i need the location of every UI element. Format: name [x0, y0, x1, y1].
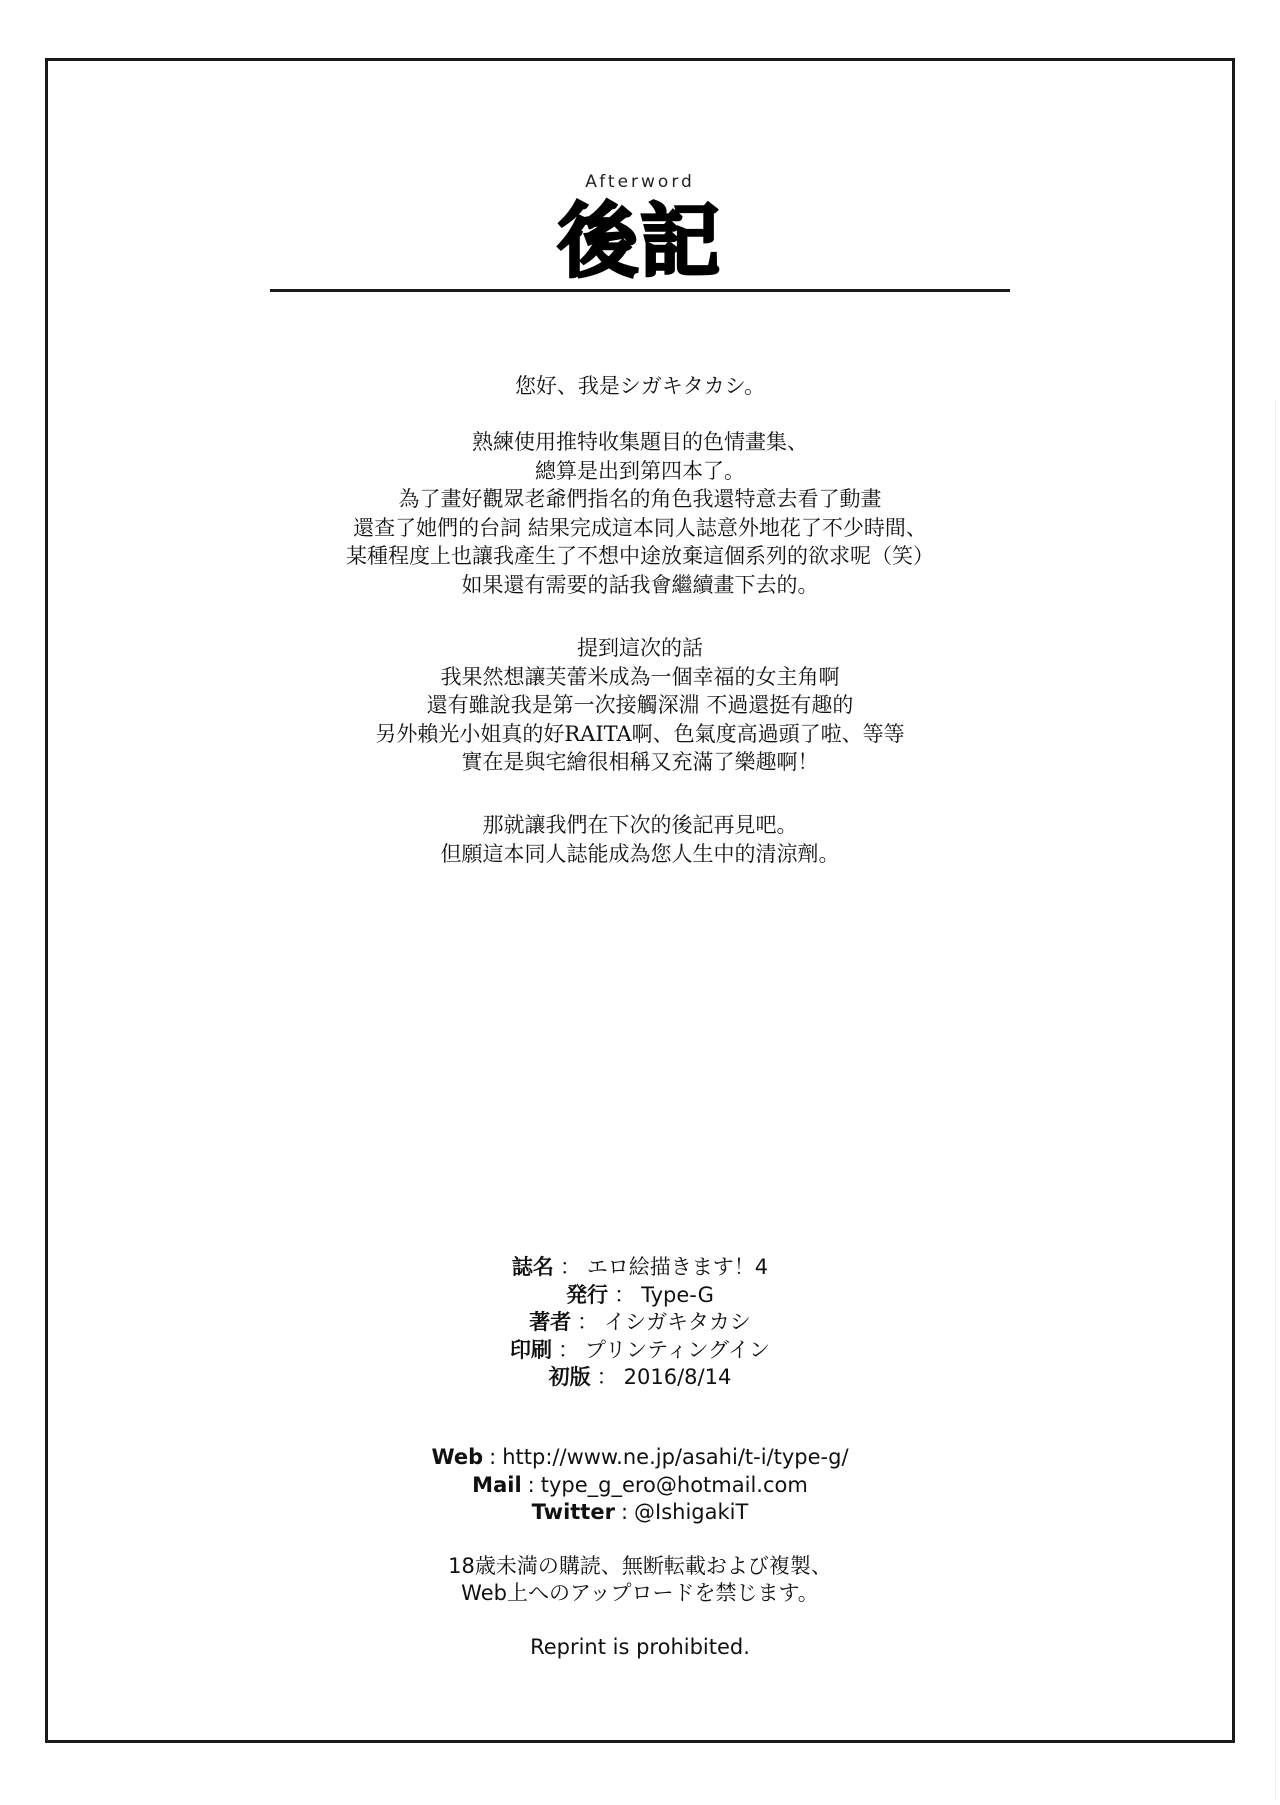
greeting-line: 您好、我是シガキタカシ。 [0, 372, 1280, 401]
twitter-handle: @IshigakiT [634, 1500, 748, 1524]
paragraph-line: 還有雖說我是第一次接觸深淵 不過還挺有趣的 [0, 691, 1280, 720]
afterword-paragraph-3: 那就讓我們在下次的後記再見吧。 但願這本同人誌能成為您人生中的清涼劑。 [0, 811, 1280, 868]
web-url-link: http://www.ne.jp/asahi/t-i/type-g/ [502, 1445, 848, 1469]
colophon-row-printer: 印刷：プリンティングイン [0, 1337, 1280, 1365]
contact-separator: : [483, 1445, 502, 1469]
paragraph-line: 但願這本同人誌能成為您人生中的清涼劑。 [0, 840, 1280, 869]
colophon-key: 著者 [529, 1310, 571, 1334]
paragraph-line: 如果還有需要的話我會繼續畫下去的。 [0, 571, 1280, 600]
colophon-key: 誌名 [512, 1255, 554, 1279]
colophon-separator: ： [552, 1338, 585, 1362]
afterword-page: Afterword 後記 您好、我是シガキタカシ。 熟練使用推特收集題目的色情畫… [0, 0, 1280, 1805]
page-subtitle: Afterword [0, 172, 1280, 192]
colophon-value: 2016/8/14 [624, 1365, 732, 1389]
contact-row-twitter: Twitter:@IshigakiT [0, 1499, 1280, 1527]
colophon-key: 初版 [549, 1365, 591, 1389]
colophon-separator: ： [554, 1255, 587, 1279]
contact-key: Mail [472, 1473, 521, 1497]
colophon-separator: ： [608, 1283, 641, 1307]
contact-separator: : [522, 1473, 541, 1497]
paragraph-line: 那就讓我們在下次的後記再見吧。 [0, 811, 1280, 840]
contact-info: Web:http://www.ne.jp/asahi/t-i/type-g/ M… [0, 1444, 1280, 1527]
afterword-paragraph-2: 提到這次的話 我果然想讓芙蕾米成為一個幸福的女主角啊 還有雖說我是第一次接觸深淵… [0, 634, 1280, 777]
paragraph-line: 某種程度上也讓我產生了不想中途放棄這個系列的欲求呢（笑） [0, 542, 1280, 571]
notice-line: Web上へのアップロードを禁じます。 [0, 1580, 1280, 1607]
reprint-notice: Reprint is prohibited. [0, 1635, 1280, 1659]
paragraph-line: 熟練使用推特收集題目的色情畫集、 [0, 428, 1280, 457]
paragraph-line: 為了畫好觀眾老爺們指名的角色我還特意去看了動畫 [0, 485, 1280, 514]
colophon-key: 発行 [566, 1283, 608, 1307]
colophon-row-author: 著者：イシガキタカシ [0, 1309, 1280, 1337]
colophon-value: エロ絵描きます！4 [587, 1255, 768, 1279]
copyright-notice: 18歳未満の購読、無断転載および複製、 Web上へのアップロードを禁じます。 [0, 1553, 1280, 1607]
colophon-row-title: 誌名：エロ絵描きます！4 [0, 1254, 1280, 1282]
paragraph-line: 還查了她們的台詞 結果完成這本同人誌意外地花了不少時間、 [0, 514, 1280, 543]
colophon-key: 印刷 [510, 1338, 552, 1362]
paragraph-line: 總算是出到第四本了。 [0, 457, 1280, 486]
greeting: 您好、我是シガキタカシ。 [0, 372, 1280, 401]
paragraph-line: 實在是與宅繪很相稱又充滿了樂趣啊！ [0, 748, 1280, 777]
contact-key: Twitter [532, 1500, 615, 1524]
contact-row-mail: Mail:type_g_ero@hotmail.com [0, 1472, 1280, 1500]
contact-row-web: Web:http://www.ne.jp/asahi/t-i/type-g/ [0, 1444, 1280, 1472]
page-title: 後記 [0, 196, 1280, 286]
title-divider [270, 289, 1010, 292]
paragraph-line: 提到這次的話 [0, 634, 1280, 663]
colophon-row-first-edition: 初版：2016/8/14 [0, 1364, 1280, 1392]
contact-key: Web [431, 1445, 483, 1469]
colophon-value: イシガキタカシ [604, 1310, 751, 1334]
colophon-row-publisher: 発行：Type-G [0, 1282, 1280, 1310]
afterword-paragraph-1: 熟練使用推特收集題目的色情畫集、 總算是出到第四本了。 為了畫好觀眾老爺們指名的… [0, 428, 1280, 599]
colophon-separator: ： [571, 1310, 604, 1334]
colophon-value: Type-G [641, 1283, 714, 1307]
colophon-value: プリンティングイン [585, 1338, 770, 1362]
contact-separator: : [615, 1500, 634, 1524]
email-address: type_g_ero@hotmail.com [541, 1473, 808, 1497]
notice-line: 18歳未満の購読、無断転載および複製、 [0, 1553, 1280, 1580]
colophon-separator: ： [591, 1365, 624, 1389]
colophon: 誌名：エロ絵描きます！4 発行：Type-G 著者：イシガキタカシ 印刷：プリン… [0, 1254, 1280, 1392]
paragraph-line: 我果然想讓芙蕾米成為一個幸福的女主角啊 [0, 663, 1280, 692]
paragraph-line: 另外賴光小姐真的好RAITA啊、色氣度高過頭了啦、等等 [0, 720, 1280, 749]
